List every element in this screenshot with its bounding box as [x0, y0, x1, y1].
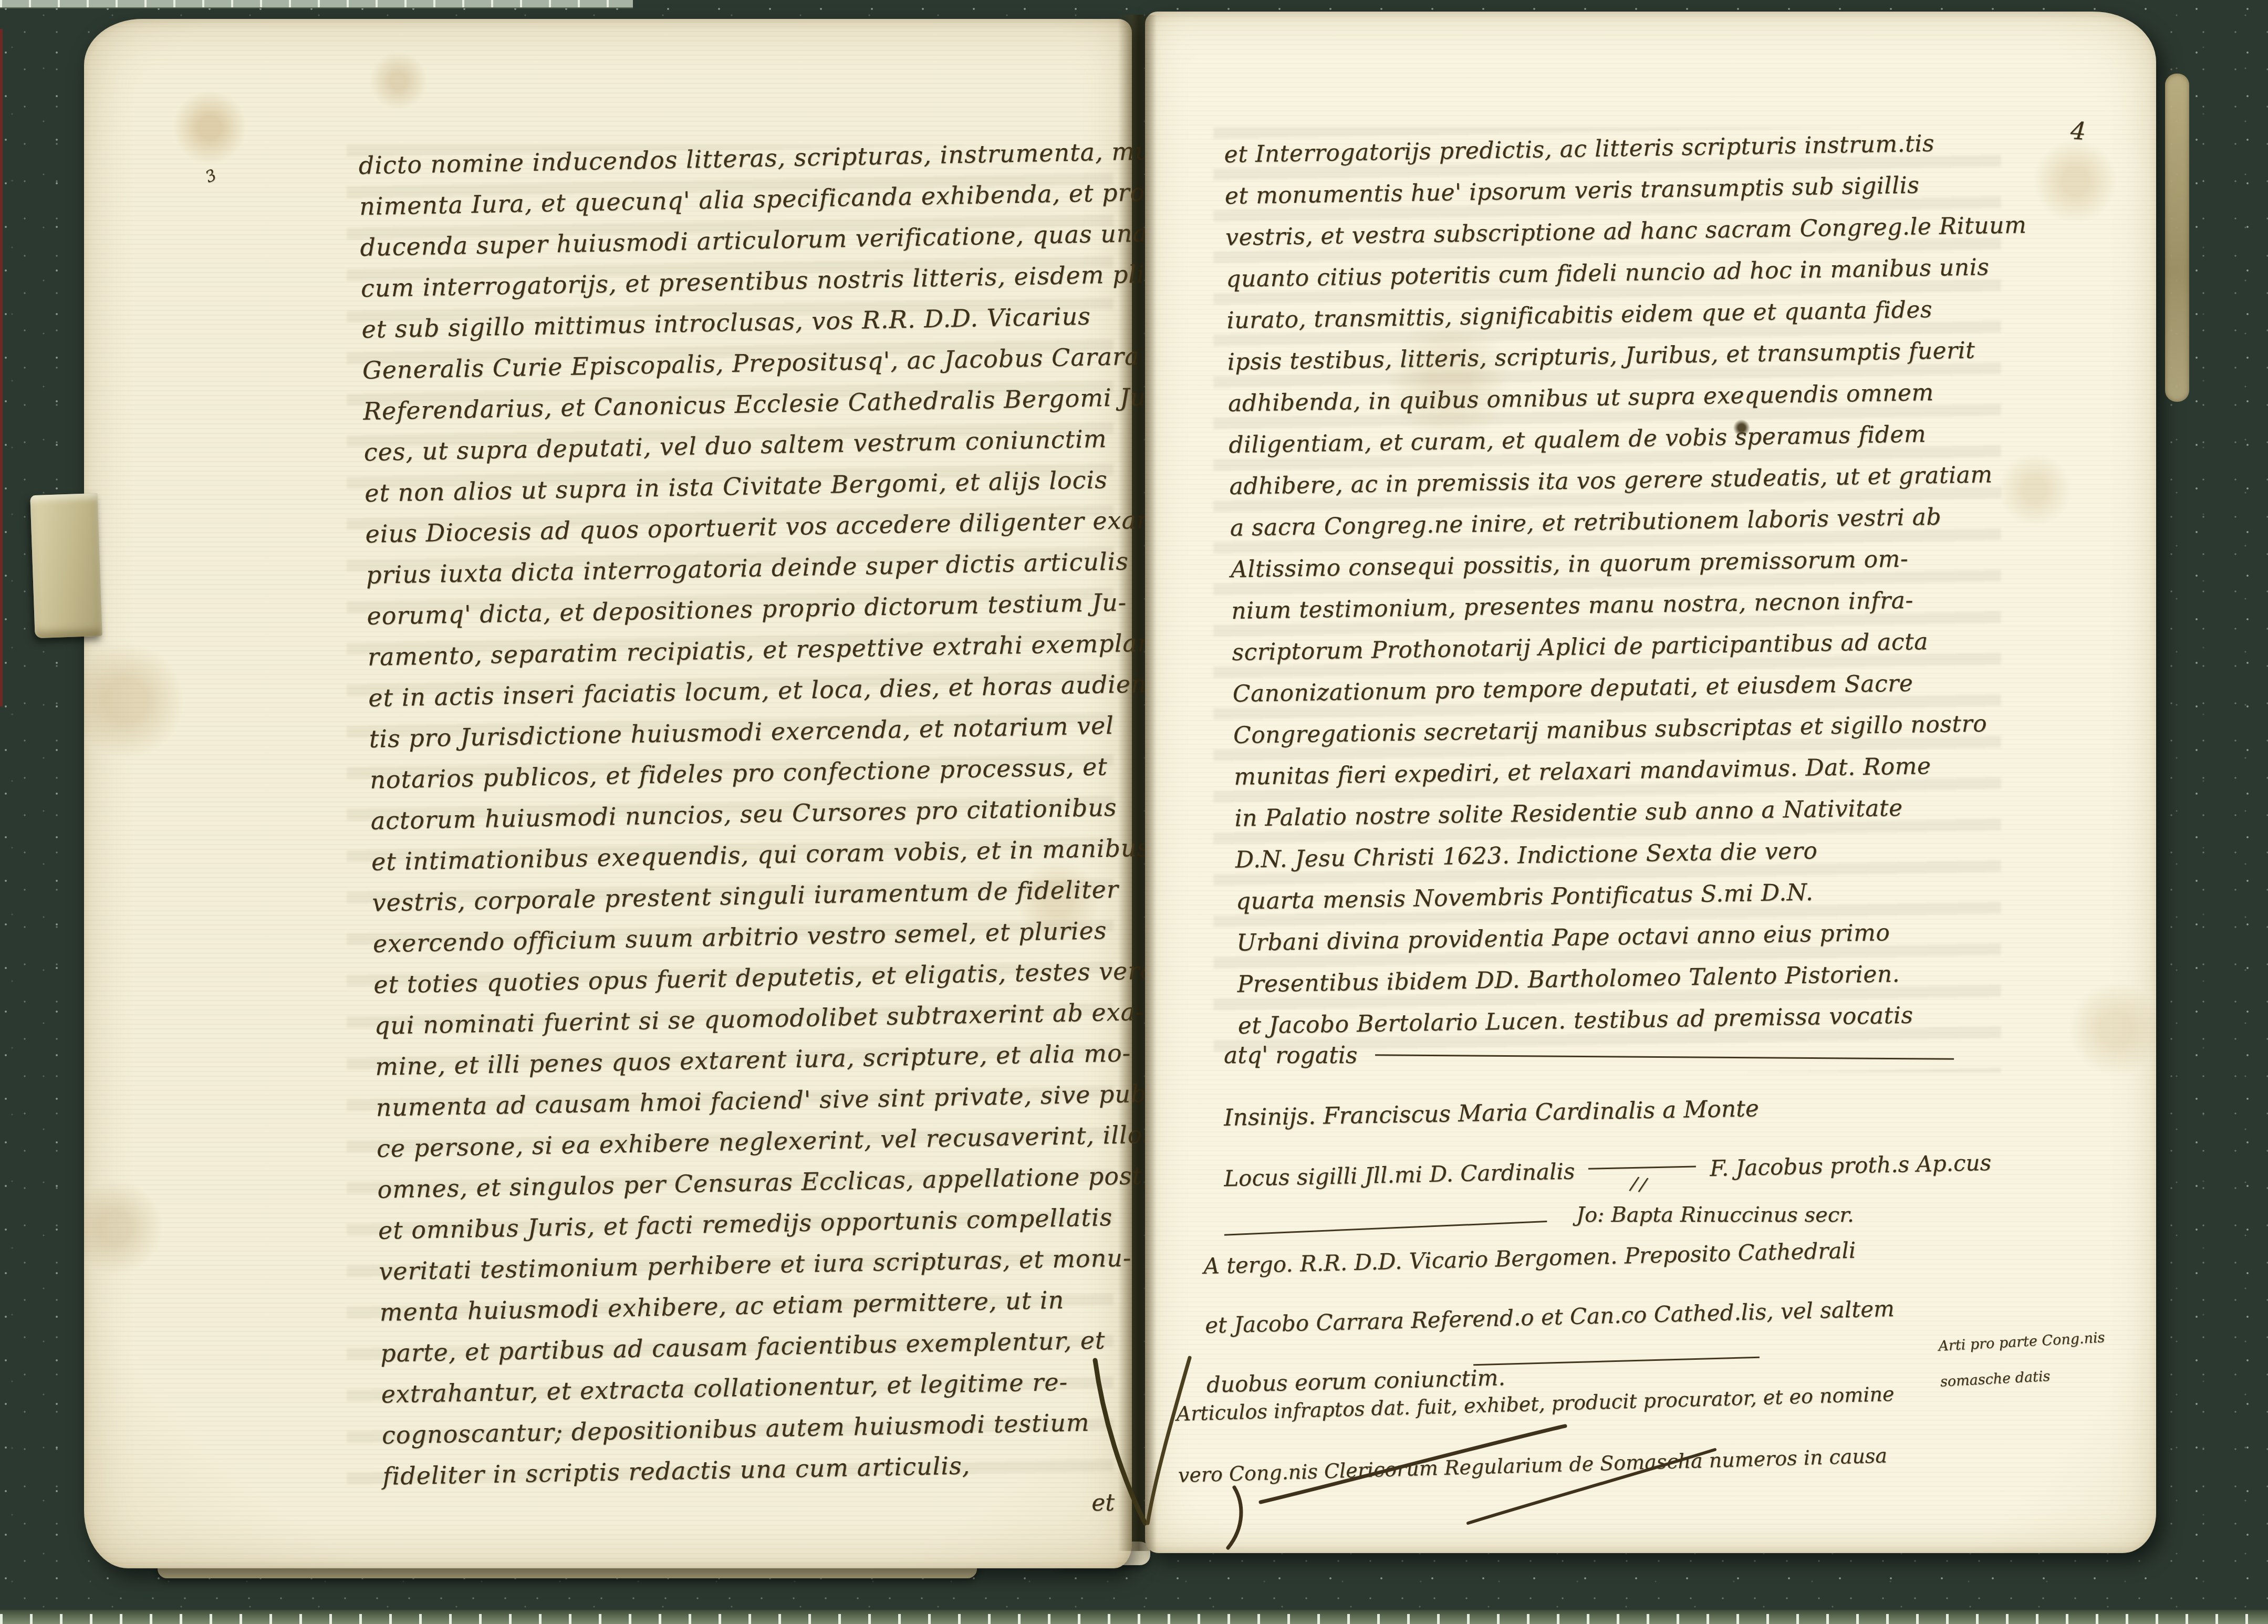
glue-residue	[2165, 74, 2189, 402]
film-edge-line	[0, 29, 3, 706]
pen-flourishes	[1198, 1403, 1880, 1577]
left-page-text: dicto nomine inducendos litteras, script…	[358, 131, 1142, 1497]
closing-line: atq' rogatis	[1224, 1042, 1954, 1069]
seal-dash	[1588, 1165, 1696, 1169]
folio-number-left: 3	[203, 166, 220, 187]
seal-line-right: F. Jacobus proth.s Ap.cus	[1710, 1150, 1992, 1181]
seal-slash-marks: ∕∕	[1630, 1173, 1632, 1194]
seal-line-left: Locus sigilli Jll.mi D. Cardinalis	[1224, 1158, 1575, 1191]
ruler-bottom	[0, 1610, 2268, 1624]
right-page: 4 et Interrogatorijs predictis, ac litte…	[1145, 12, 2156, 1553]
folio-number-right: 4	[2069, 116, 2087, 145]
ruler-top	[0, 0, 633, 8]
closing-word: atq' rogatis	[1224, 1042, 1357, 1069]
right-page-text: et Interrogatorijs predictis, ac litteri…	[1224, 122, 2015, 1047]
cardinal-subscription: Insinijs. Franciscus Maria Cardinalis a …	[1224, 1095, 1760, 1131]
seal-line: Locus sigilli Jll.mi D. Cardinalis∕∕F. J…	[1224, 1150, 1992, 1192]
margin-note: Arti pro parte Cong.nissomasche datis	[1938, 1318, 2136, 1400]
left-page: 3 dicto nomine inducendos litteras, scri…	[84, 19, 1132, 1568]
binding-tear	[1066, 1324, 1224, 1560]
parchment-tab	[30, 493, 102, 638]
manuscript-photograph: 3 dicto nomine inducendos litteras, scri…	[0, 0, 2268, 1624]
closing-rule	[1375, 1054, 1954, 1060]
